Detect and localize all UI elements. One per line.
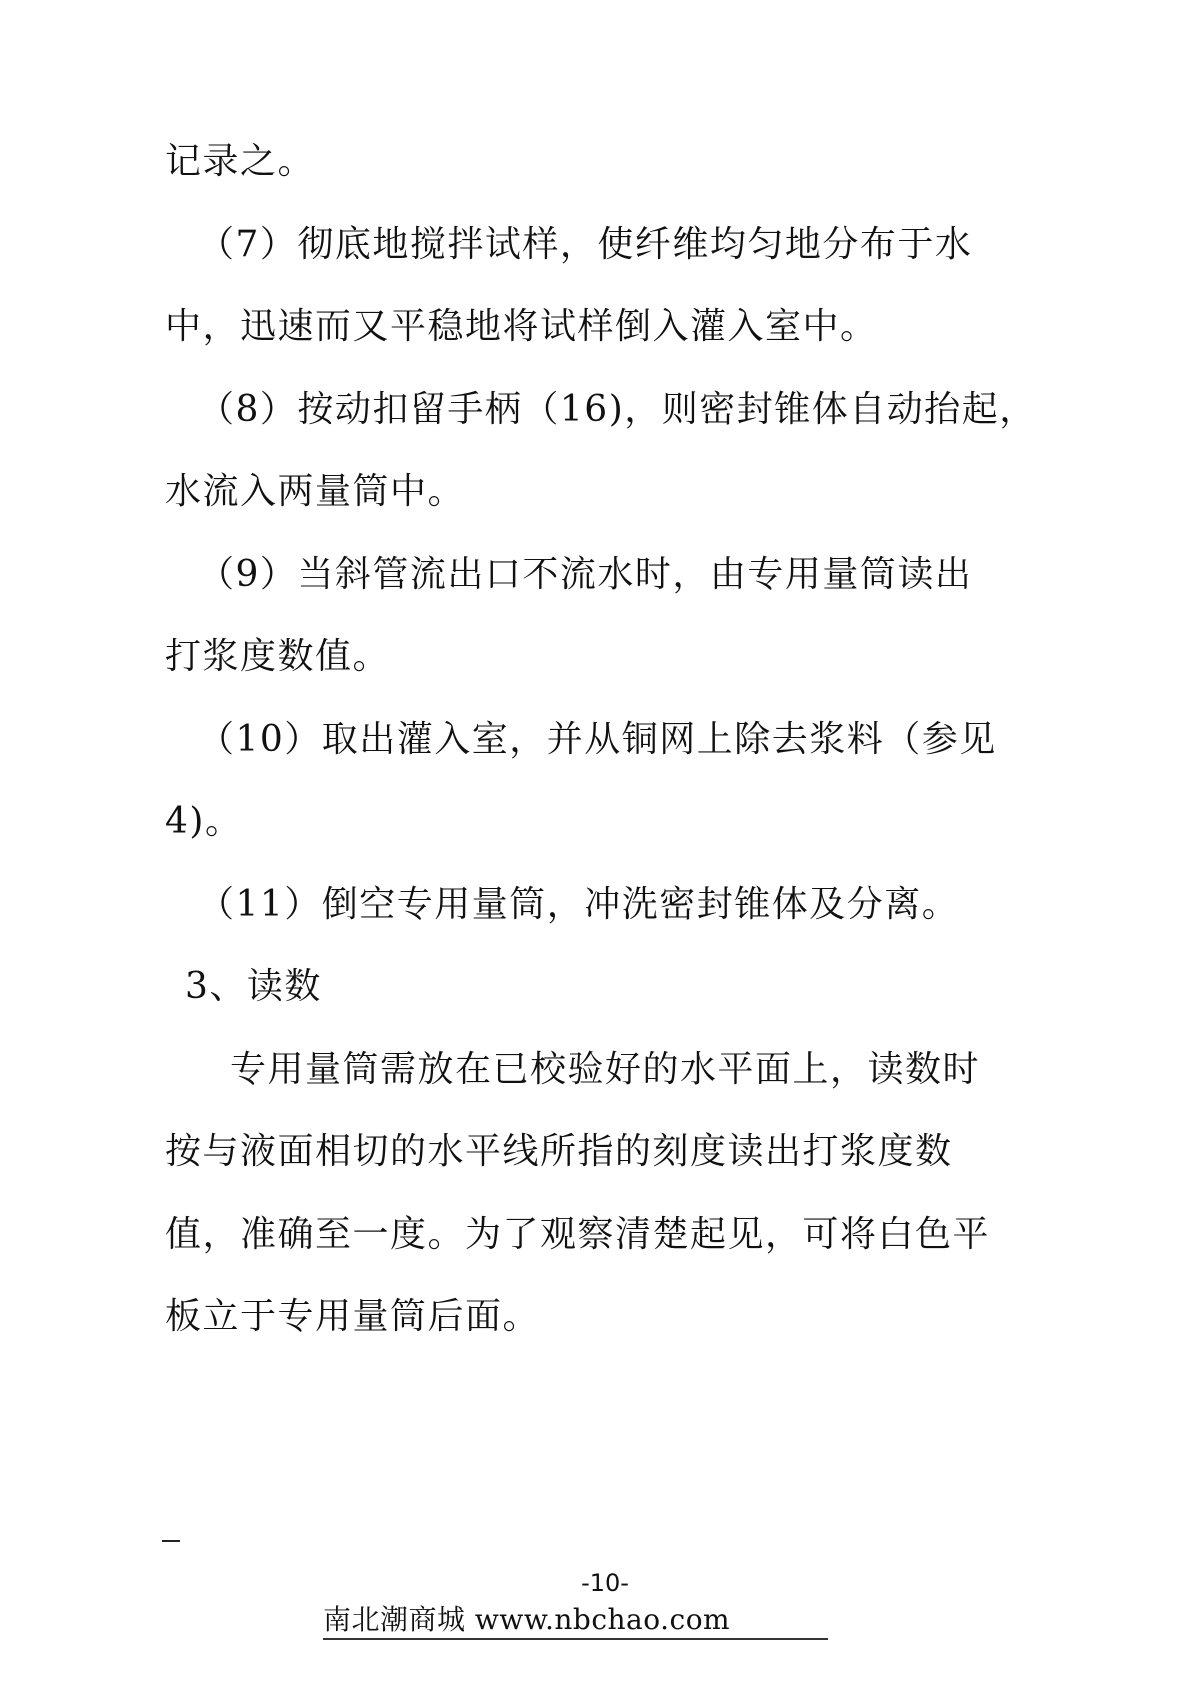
step-9-line-1: （9）当斜管流出口不流水时，由专用量筒读出 xyxy=(198,553,1078,597)
step-11-line-1: （11）倒空专用量筒，冲洗密封锥体及分离。 xyxy=(198,883,1078,927)
step-8-line-2: 水流入两量筒中。 xyxy=(165,470,1045,514)
step-8-line-1: （8）按动扣留手柄（16)，则密封锥体自动抬起， xyxy=(198,388,1078,432)
reading-paragraph-line-3: 值，准确至一度。为了观察清楚起见，可将白色平 xyxy=(165,1213,1045,1257)
section-heading-reading: 3、读数 xyxy=(185,965,1065,1009)
document-page: 记录之。 （7）彻底地搅拌试样，使纤维均匀地分布于水 中，迅速而又平稳地将试样倒… xyxy=(0,0,1200,1702)
step-7-line-1: （7）彻底地搅拌试样，使纤维均匀地分布于水 xyxy=(198,223,1078,267)
site-link[interactable]: 南北潮商城 www.nbchao.com xyxy=(323,1602,828,1640)
footnote-separator xyxy=(162,1540,180,1542)
page-number: -10- xyxy=(0,1568,1200,1598)
step-10-line-1: （10）取出灌入室，并从铜网上除去浆料（参见 xyxy=(198,718,1078,762)
reading-paragraph-line-2: 按与液面相切的水平线所指的刻度读出打浆度数 xyxy=(165,1130,1045,1174)
reading-paragraph-line-4: 板立于专用量筒后面。 xyxy=(165,1295,1045,1339)
step-7-line-2: 中，迅速而又平稳地将试样倒入灌入室中。 xyxy=(165,305,1045,349)
step-9-line-2: 打浆度数值。 xyxy=(165,635,1045,679)
reading-paragraph-line-1: 专用量筒需放在已校验好的水平面上，读数时 xyxy=(230,1048,1110,1092)
text-line-continuation: 记录之。 xyxy=(165,140,1045,184)
step-10-line-2: 4)。 xyxy=(165,800,1045,844)
